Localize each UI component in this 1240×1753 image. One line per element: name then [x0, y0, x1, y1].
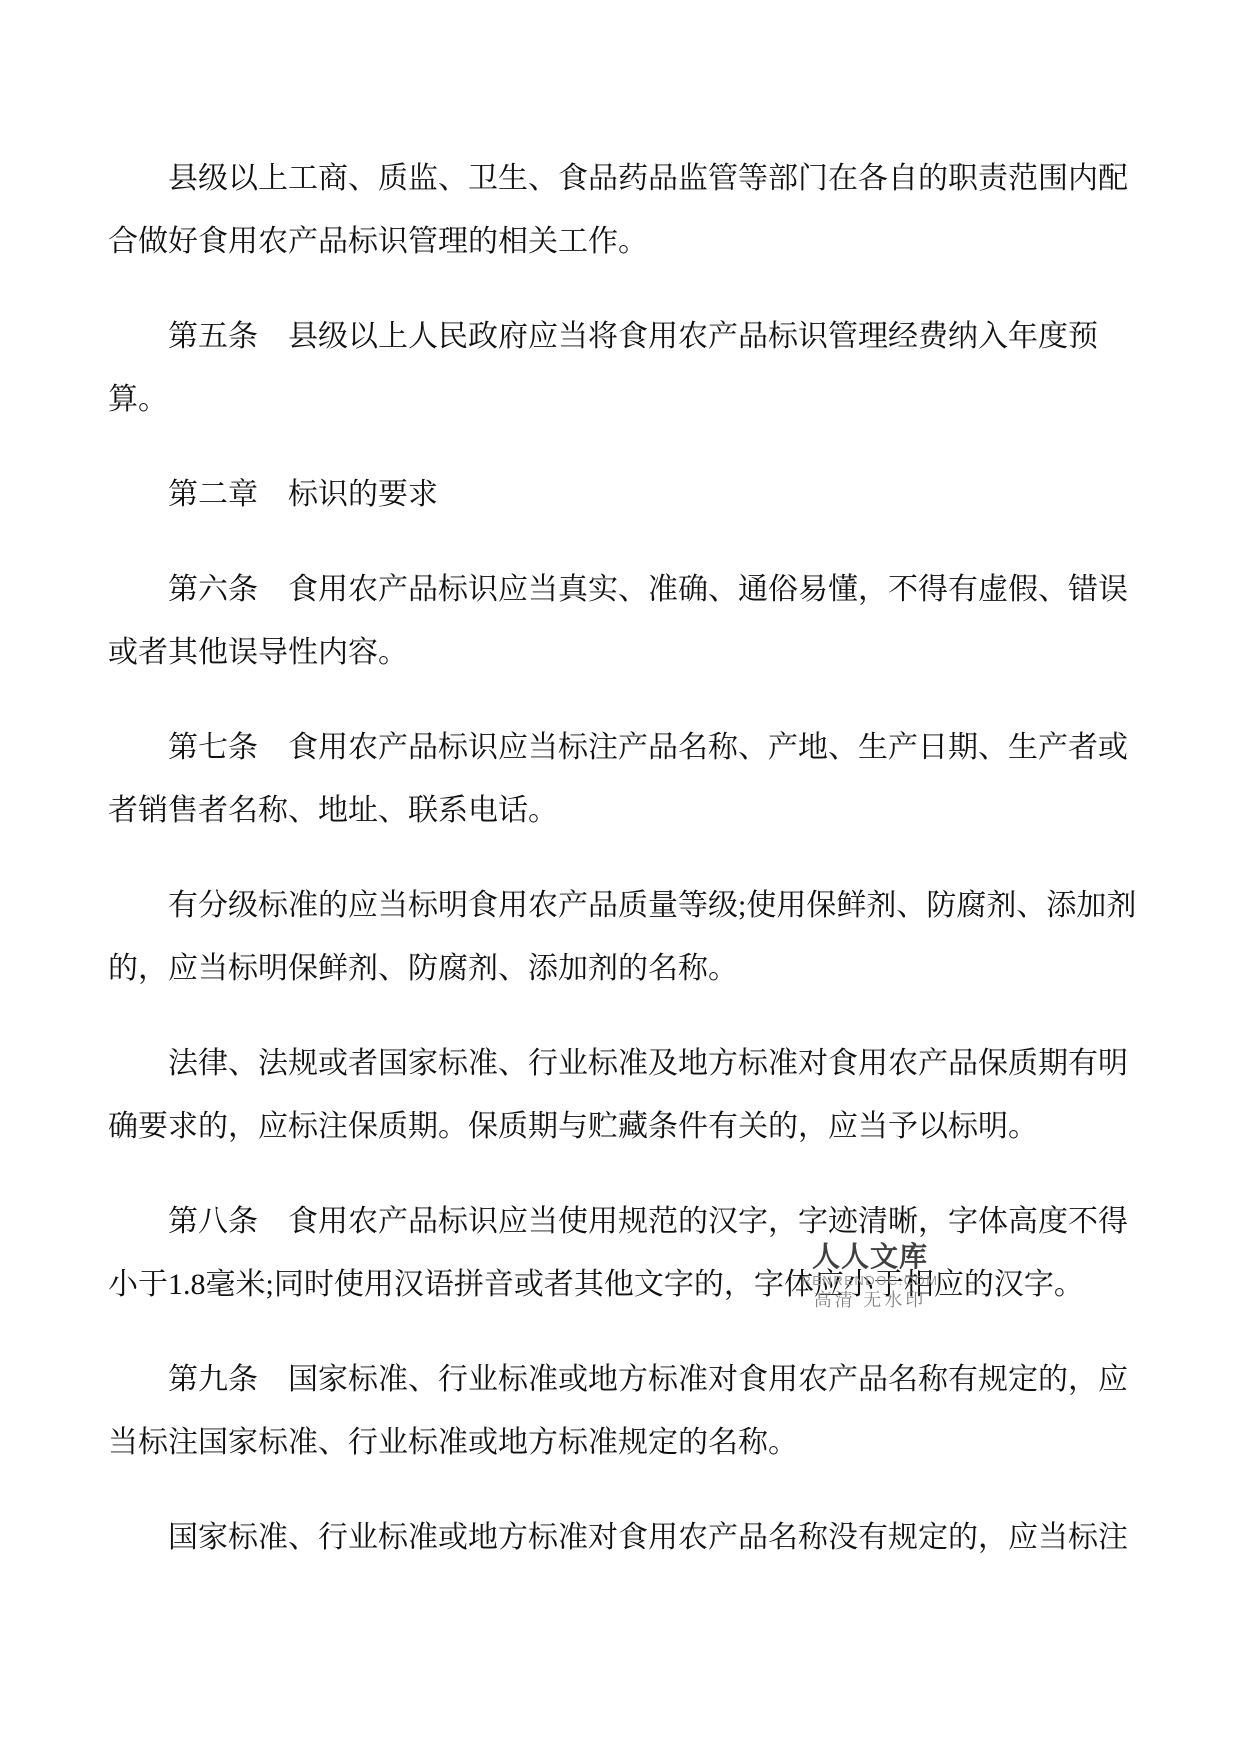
paragraph-article-8: 第八条 食用农产品标识应当使用规范的汉字，字迹清晰，字体高度不得 小于1.8毫米… — [108, 1190, 1168, 1316]
paragraph-grading-standards: 有分级标准的应当标明食用农产品质量等级;使用保鲜剂、防腐剂、添加剂 的，应当标明… — [108, 874, 1168, 1000]
document-page: 县级以上工商、质监、卫生、食品药品监管等部门在各自的职责范围内配 合做好食用农产… — [0, 0, 1240, 1753]
paragraph-article-7: 第七条 食用农产品标识应当标注产品名称、产地、生产日期、生产者或 者销售者名称、… — [108, 716, 1168, 842]
document-body: 县级以上工商、质监、卫生、食品药品监管等部门在各自的职责范围内配 合做好食用农产… — [108, 147, 1168, 1601]
chapter-2-heading: 第二章 标识的要求 — [108, 463, 1168, 526]
paragraph-article-6: 第六条 食用农产品标识应当真实、准确、通俗易懂，不得有虚假、错误 或者其他误导性… — [108, 558, 1168, 684]
paragraph-duty-departments: 县级以上工商、质监、卫生、食品药品监管等部门在各自的职责范围内配 合做好食用农产… — [108, 147, 1168, 273]
paragraph-article-5: 第五条 县级以上人民政府应当将食用农产品标识管理经费纳入年度预 算。 — [108, 305, 1168, 431]
paragraph-no-standard-name: 国家标准、行业标准或地方标准对食用农产品名称没有规定的，应当标注 — [108, 1506, 1168, 1569]
paragraph-shelf-life: 法律、法规或者国家标准、行业标准及地方标准对食用农产品保质期有明 确要求的，应标… — [108, 1032, 1168, 1158]
paragraph-article-9: 第九条 国家标准、行业标准或地方标准对食用农产品名称有规定的，应 当标注国家标准… — [108, 1348, 1168, 1474]
